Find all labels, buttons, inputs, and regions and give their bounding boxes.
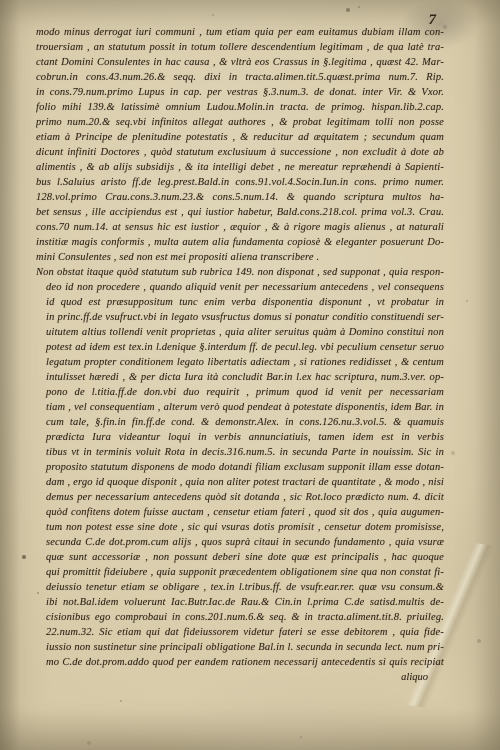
text-line: intulisset hæredi , & per dicta Iura ità… [36,370,444,385]
text-line: legatum propter conditionem legato liber… [36,355,444,370]
text-line: dam , ergo id quoque disponit , quia non… [36,475,444,490]
text-line: etiam à Principe de plenitudine potestat… [36,130,444,145]
text-line: dicunt infiniti Doctores , quòd statutum… [36,145,444,160]
text-line: prædicta Iura videantur loqui in verbis … [36,430,444,445]
text-line: ctant Domini Consulentes in hac causa , … [36,55,444,70]
text-line: 22.num.32. Sic etiam qui dat fideiussore… [36,625,444,640]
text-line: secunda C.de dot.prom.cum alijs , quos s… [36,535,444,550]
text-line: cons.70 num.14. at sensus hic est iustio… [36,220,444,235]
text-line: cum tale, §.fin.in fin.ff.de cond. & dem… [36,415,444,430]
text-line: tibus vt in terminis voluit Rota in deci… [36,445,444,460]
scanned-book-page: 7 modo minus derrogat iuri communi , tum… [0,0,500,750]
text-line: 128.vol.primo Crau.cons.3.num.23.& cons.… [36,190,444,205]
text-line: deiussio tenetur etiam se obligare , tex… [36,580,444,595]
text-line: quæ sunt accessoriæ , non possunt deberi… [36,550,444,565]
paper-speck [0,0,2,2]
text-line: bet sensus , ille accipiendus est , qui … [36,205,444,220]
text-line: id quod est præsuppositum tunc enim verb… [36,295,444,310]
text-line: bus l.Saluius aristo ff.de leg.prest.Bal… [36,175,444,190]
text-line: modo minus derrogat iuri communi , tum e… [36,25,444,40]
text-line: uitutem altius tollendi venit proprietas… [36,325,444,340]
text-line: cobrun.in cons.43.num.26.& seqq. dixi in… [36,70,444,85]
text-line: trouersiam , an statutum possit in totum… [36,40,444,55]
text-line: deo id non procedere , quando aliquid ve… [36,280,444,295]
text-line: demus per necessarium antecedens quòd si… [36,490,444,505]
text-line: institiæ magis conformis , multa autem a… [36,235,444,250]
text-line: in cons.79.num.primo Lupus in cap. per v… [36,85,444,100]
text-line: in princ.ff.de vsufruct.vbi in legato vs… [36,310,444,325]
text-line: Non obstat itaque quòd statutum sub rubr… [36,265,444,280]
text-line: quòd confitens dotem fuisse auctam , cen… [36,505,444,520]
text-line: folio mihi 139.& latissimè omnium Ludou.… [36,100,444,115]
text-line: primo num.20.& seq.vbi infinitos allegat… [36,115,444,130]
text-line: cisionibus ego comprobaui in cons.201.nu… [36,610,444,625]
body-text-block: modo minus derrogat iuri communi , tum e… [36,25,444,685]
text-line: tum non potest esse sine dote , sic qui … [36,520,444,535]
text-line: qui promittit fideiubere , quia supponit… [36,565,444,580]
text-line: mo C.de dot.prom.addo quod per eandem ra… [36,655,444,670]
text-line: pono de l.titia.ff.de don.vbi duo requir… [36,385,444,400]
text-line: potest ad idem est tex.in l.denique §.in… [36,340,444,355]
text-line: tiam , vel consequentiam , alterum verò … [36,400,444,415]
catchword: aliquo [36,670,444,685]
text-line: proposito statutum disponens de modo dot… [36,460,444,475]
text-line: alimentis , & ab alijs subsidijs , & ita… [36,160,444,175]
text-line: mini Consulentes , sed non est mei propo… [36,250,444,265]
text-line: ibi not.Bal.idem voluerunt Iac.Butr.Iac.… [36,595,444,610]
text-line: iussio non sustinetur sine principali ob… [36,640,444,655]
